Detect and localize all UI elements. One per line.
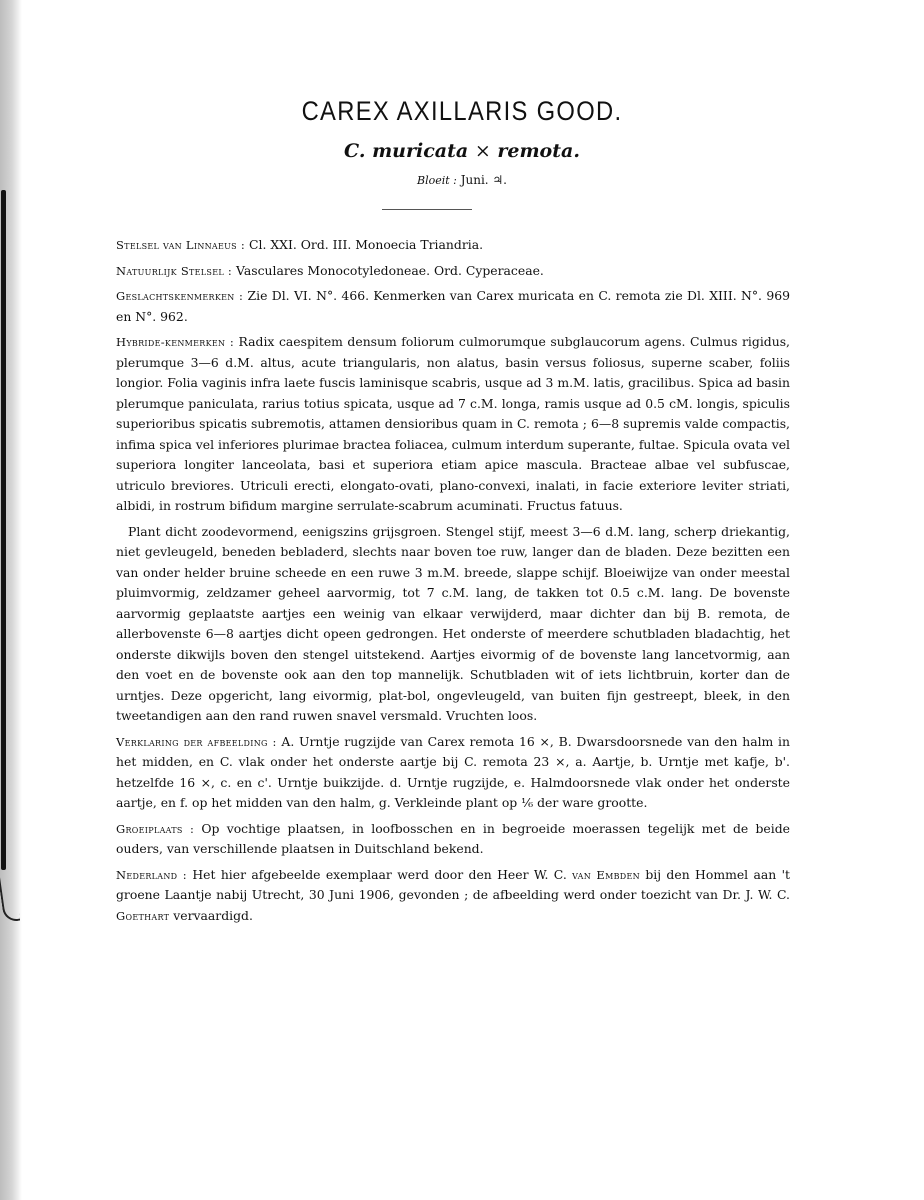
section-label: Stelsel van Linnaeus : <box>116 238 245 252</box>
section-verklaring: Verklaring der afbeelding : A. Urntje ru… <box>116 732 790 814</box>
page-subtitle: C. muricata × remota. <box>0 140 924 162</box>
title-divider <box>382 209 472 210</box>
section-label: Geslachtskenmerken : <box>116 289 243 303</box>
person-name: Goethart <box>116 909 169 923</box>
scan-edge-mark <box>1 190 6 870</box>
section-label: Verklaring der afbeelding : <box>116 735 277 749</box>
section-geslacht: Geslachtskenmerken : Zie Dl. VI. N°. 466… <box>116 286 790 327</box>
subtitle-parent-b: remota. <box>497 140 580 162</box>
section-plant-description: Plant dicht zoodevormend, eenigszins gri… <box>116 522 790 727</box>
section-text: Vasculares Monocotyledoneae. Ord. Cypera… <box>232 263 544 278</box>
document-body: Stelsel van Linnaeus : Cl. XXI. Ord. III… <box>116 235 790 931</box>
subtitle-parent-a: C. muricata <box>344 140 468 162</box>
page-title: CAREX AXILLARIS GOOD. <box>55 96 868 127</box>
section-text: Plant dicht zoodevormend, eenigszins gri… <box>116 524 790 724</box>
section-text: Het hier afgebeelde exemplaar werd door … <box>187 867 572 882</box>
section-text: Radix caespitem densum foliorum culmorum… <box>116 334 790 513</box>
section-nederland: Nederland : Het hier afgebeelde exemplaa… <box>116 865 790 927</box>
flowering-line: Bloeit : Juni. ♃. <box>0 173 924 187</box>
section-text: Op vochtige plaatsen, in loofbosschen en… <box>116 821 790 857</box>
hybrid-cross-symbol: × <box>475 140 491 162</box>
flowering-label: Bloeit : <box>417 174 457 187</box>
person-name: van Embden <box>572 868 640 882</box>
section-label: Nederland : <box>116 868 187 882</box>
section-text: Cl. XXI. Ord. III. Monoecia Triandria. <box>245 237 483 252</box>
section-label: Natuurlijk Stelsel : <box>116 264 232 278</box>
section-label: Groeiplaats : <box>116 822 194 836</box>
flowering-value: Juni. ♃. <box>461 173 507 187</box>
section-label: Hybride-kenmerken : <box>116 335 234 349</box>
section-natuurlijk: Natuurlijk Stelsel : Vasculares Monocoty… <box>116 261 790 282</box>
section-hybride: Hybride-kenmerken : Radix caespitem dens… <box>116 332 790 517</box>
section-linnaeus: Stelsel van Linnaeus : Cl. XXI. Ord. III… <box>116 235 790 256</box>
section-groeiplaats: Groeiplaats : Op vochtige plaatsen, in l… <box>116 819 790 860</box>
section-text: vervaardigd. <box>169 908 253 923</box>
